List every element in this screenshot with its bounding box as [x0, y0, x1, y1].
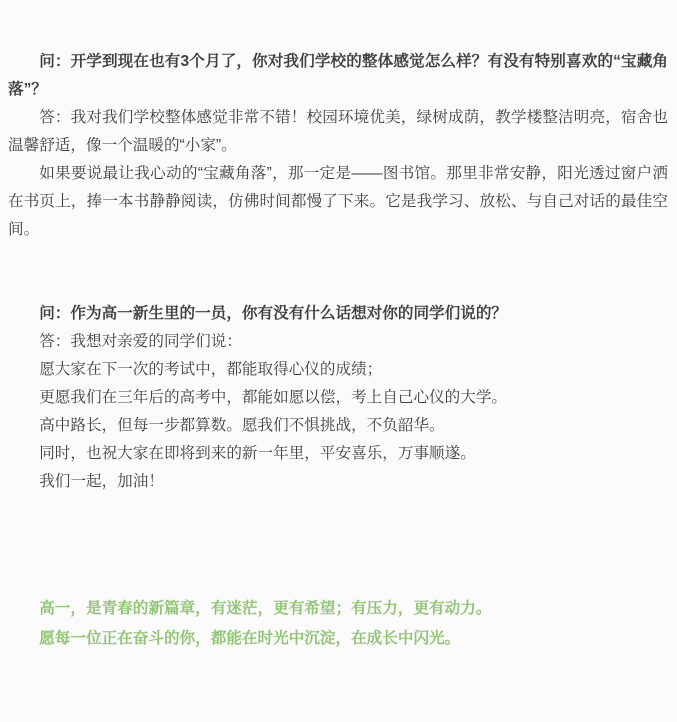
- answer-1-paragraph-1: 答：我对我们学校整体感觉非常不错！校园环境优美，绿树成荫，教学楼整洁明亮，宿舍也…: [8, 104, 668, 160]
- answer-1-paragraph-2: 如果要说最让我心动的“宝藏角落”，那一定是——图书馆。那里非常安静，阳光透过窗户…: [8, 160, 668, 244]
- closing-line-2: 愿每一位正在奋斗的你，都能在时光中沉淀，在成长中闪光。: [8, 624, 668, 654]
- closing-remarks: 高一，是青春的新篇章，有迷茫，更有希望；有压力，更有动力。 愿每一位正在奋斗的你…: [8, 594, 668, 654]
- answer-2-paragraph-1: 答：我想对亲爱的同学们说：: [8, 328, 668, 356]
- answer-2-paragraph-5: 同时，也祝大家在即将到来的新一年里，平安喜乐，万事顺遂。: [8, 440, 668, 468]
- question-1: 问：开学到现在也有3个月了，你对我们学校的整体感觉怎么样？有没有特别喜欢的“宝藏…: [8, 48, 668, 104]
- question-2: 问：作为高一新生里的一员，你有没有什么话想对你的同学们说的？: [8, 300, 668, 328]
- answer-2-paragraph-4: 高中路长，但每一步都算数。愿我们不惧挑战，不负韶华。: [8, 412, 668, 440]
- closing-line-1: 高一，是青春的新篇章，有迷茫，更有希望；有压力，更有动力。: [8, 594, 668, 624]
- answer-2-paragraph-3: 更愿我们在三年后的高考中，都能如愿以偿，考上自己心仪的大学。: [8, 384, 668, 412]
- document-page: 问：开学到现在也有3个月了，你对我们学校的整体感觉怎么样？有没有特别喜欢的“宝藏…: [0, 0, 677, 654]
- qa-block-2: 问：作为高一新生里的一员，你有没有什么话想对你的同学们说的？ 答：我想对亲爱的同…: [8, 300, 668, 496]
- answer-2-paragraph-2: 愿大家在下一次的考试中，都能取得心仪的成绩；: [8, 356, 668, 384]
- qa-block-1: 问：开学到现在也有3个月了，你对我们学校的整体感觉怎么样？有没有特别喜欢的“宝藏…: [8, 48, 668, 244]
- answer-2-paragraph-6: 我们一起，加油！: [8, 468, 668, 496]
